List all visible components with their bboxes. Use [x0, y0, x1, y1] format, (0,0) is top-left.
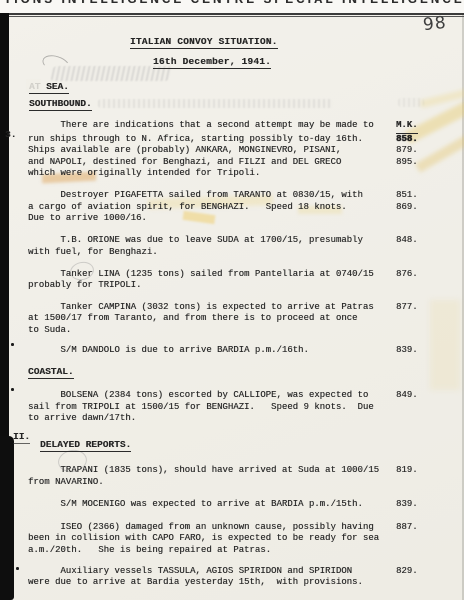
- document-line: run ships through to N. Africa, starting…: [28, 134, 432, 146]
- margin-paragraph-number: 3.: [5, 129, 16, 140]
- mk-number: 895.: [396, 157, 432, 169]
- document-line: a.m./20th. She is being repaired at Patr…: [28, 545, 432, 557]
- paragraph-bolsena: BOLSENA (2384 tons) escorted by CALLIOPE…: [28, 390, 432, 425]
- cropped-header-strip: TIONS INTELLIGENCE CENTRE SPECIAL INTELL…: [0, 0, 464, 13]
- paragraph-dandolo: S/M DANDOLO is due to arrive BARDIA p.m.…: [28, 345, 432, 357]
- mk-number: 819.: [396, 465, 432, 477]
- paragraph-auxiliary-vessels: Auxiliary vessels TASSULA, AGIOS SPIRIDO…: [28, 566, 432, 589]
- mk-number: 858.: [396, 134, 432, 146]
- mk-number: 839.: [396, 499, 432, 511]
- document-line: from NAVARINO.: [28, 477, 432, 489]
- handwritten-page-number: 98: [422, 13, 448, 35]
- page-title: ITALIAN CONVOY SITUATION.: [130, 36, 278, 49]
- document-line: TRAPANI (1835 tons), should have arrived…: [28, 465, 432, 477]
- document-line: Ships available are (probably) ANKARA, M…: [28, 145, 432, 157]
- section-heading-southbound: SOUTHBOUND.: [29, 98, 92, 111]
- paragraph-second-attempt: There are indications that a second atte…: [28, 120, 432, 180]
- document-line: Tanker LINA (1235 tons) sailed from Pant…: [28, 269, 432, 281]
- paragraph-iseo: ISEO (2366) damaged from an unknown caus…: [28, 522, 432, 557]
- document-date: 16th December, 1941.: [153, 56, 271, 69]
- mk-number: 879.: [396, 145, 432, 157]
- document-line: Tanker CAMPINA (3032 tons) is expected t…: [28, 302, 432, 314]
- document-line: which were originally intended for Tripo…: [28, 168, 432, 180]
- document-line: probably for TRIPOLI.: [28, 280, 432, 292]
- document-line: were due to arrive at Bardia yesterday 1…: [28, 577, 432, 589]
- paragraph-mocenigo: S/M MOCENIGO was expected to arrive at B…: [28, 499, 432, 511]
- document-line: a cargo of aviation spirit, for BENGHAZI…: [28, 202, 432, 214]
- document-line: to arrive dawn/17th.: [28, 413, 432, 425]
- document-line: T.B. ORIONE was due to leave SUDA at 170…: [28, 235, 432, 247]
- mk-number: 887.: [396, 522, 432, 534]
- margin-dot: [16, 567, 19, 570]
- mk-number: 839.: [396, 345, 432, 357]
- document-line: There are indications that a second atte…: [28, 120, 432, 134]
- document-line: to Suda.: [28, 325, 432, 337]
- header-strip-text: TIONS INTELLIGENCE CENTRE SPECIAL INTELL…: [4, 0, 464, 6]
- margin-dot: [11, 343, 14, 346]
- header-rule-bottom: [9, 16, 464, 17]
- mk-number: 877.: [396, 302, 432, 314]
- document-line: S/M DANDOLO is due to arrive BARDIA p.m.…: [28, 345, 432, 357]
- section-heading-delayed-reports: DELAYED REPORTS.: [28, 439, 432, 453]
- document-line: sail from TRIPOLI at 1500/15 for BENGHAZ…: [28, 402, 432, 414]
- paragraph-pigafetta: Destroyer PIGAFETTA sailed from TARANTO …: [28, 190, 432, 225]
- erased-text-smudge: [98, 99, 333, 108]
- scan-left-edge-blob: [0, 436, 14, 600]
- paper-stain: [420, 88, 464, 108]
- document-line: at 1500/17 from Taranto, and from there …: [28, 313, 432, 325]
- mk-number: 849.: [396, 390, 432, 402]
- document-line: S/M MOCENIGO was expected to arrive at B…: [28, 499, 432, 511]
- margin-dot: [11, 388, 14, 391]
- section-heading-coastal: COASTAL.: [28, 366, 432, 380]
- document-line: and NAPOLI, destined for Benghazi, and F…: [28, 157, 432, 169]
- paper-stain: [430, 300, 460, 390]
- document-line: Auxiliary vessels TASSULA, AGIOS SPIRIDO…: [28, 566, 432, 578]
- erased-text-smudge: [398, 98, 424, 107]
- document-line: ISEO (2366) damaged from an unknown caus…: [28, 522, 432, 534]
- paragraph-trapani: TRAPANI (1835 tons), should have arrived…: [28, 465, 432, 488]
- paragraph-orione: T.B. ORIONE was due to leave SUDA at 170…: [28, 235, 432, 258]
- document-line: Destroyer PIGAFETTA sailed from TARANTO …: [28, 190, 432, 202]
- mk-number: 848.: [396, 235, 432, 247]
- header-rule-top: [9, 13, 464, 15]
- mk-number: 851.: [396, 190, 432, 202]
- mk-number: 869.: [396, 202, 432, 214]
- document-page: TIONS INTELLIGENCE CENTRE SPECIAL INTELL…: [0, 0, 464, 600]
- mk-number: 876.: [396, 269, 432, 281]
- document-line: been in collision with CAPO FARO, is exp…: [28, 533, 432, 545]
- document-body: There are indications that a second atte…: [28, 120, 432, 599]
- paragraph-campina: Tanker CAMPINA (3032 tons) is expected t…: [28, 302, 432, 337]
- document-line: with fuel, for Benghazi.: [28, 247, 432, 259]
- mk-number: 829.: [396, 566, 432, 578]
- correction-smudge: [26, 79, 41, 92]
- document-line: Due to arrive 1000/16.: [28, 213, 432, 225]
- document-line: BOLSENA (2384 tons) escorted by CALLIOPE…: [28, 390, 432, 402]
- paragraph-lina: Tanker LINA (1235 tons) sailed from Pant…: [28, 269, 432, 292]
- mk-column-header: M.K.: [396, 120, 432, 134]
